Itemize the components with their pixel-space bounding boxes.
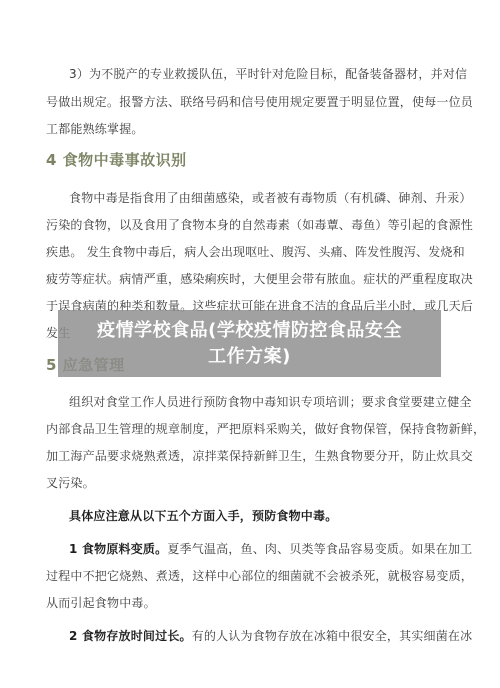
list-item-2: 2 食物存放时间过长。有的人认为食物存放在冰箱中很安全，其实细菌在冰	[69, 628, 479, 644]
paragraph-line: 号做出规定。报警方法、联络号码和信号使用规定要置于明显位置，使每一位员	[46, 94, 456, 110]
paragraph-line: 过程中不把它烧熟、煮透，这样中心部位的细菌就不会被杀死，就极容易变质，	[46, 568, 456, 584]
paragraph-line: 疾患。 发生食物中毒后，病人会出现呕吐、腹泻、头痛、阵发性腹泻、发烧和	[46, 244, 456, 260]
paragraph-line: 从而引起食物中毒。	[46, 595, 456, 611]
emphasis-line: 具体应注意从以下五个方面入手，预防食物中毒。	[69, 508, 479, 524]
title-overlay-banner: 疫情学校食品(学校疫情防控食品安全 工作方案)	[58, 310, 441, 377]
section-heading: 4 食物中毒事故识别	[46, 150, 187, 170]
overlay-title-line-1: 疫情学校食品(学校疫情防控食品安全	[97, 318, 402, 344]
paragraph-line: 组织对食堂工作人员进行预防食物中毒知识专项培训；要求食堂要建立健全	[69, 394, 479, 410]
paragraph-line: 污染的食物，以及食用了食物本身的自然毒素（如毒蕈、毒鱼）等引起的食源性	[46, 217, 456, 233]
paragraph-line: 叉污染。	[46, 475, 456, 491]
list-item-text: 夏季气温高，鱼、肉、贝类等食品容易变质。如果在加工	[167, 542, 472, 556]
paragraph-line: 加工海产品要求烧熟煮透，凉拌菜保持新鲜卫生，生熟食物要分开，防止炊具交	[46, 448, 456, 464]
paragraph-line: 3）为不脱产的专业救援队伍，平时针对危险目标，配备装备器材，并对信	[69, 66, 479, 82]
paragraph-line: 工都能熟练掌握。	[46, 121, 456, 137]
list-item-text: 有的人认为食物存放在冰箱中很安全，其实细菌在冰	[192, 629, 473, 643]
list-item-title: 2 食物存放时间过长。	[69, 629, 192, 643]
paragraph-line: 疲劳等症状。病情严重，感染痢疾时，大便里会带有脓血。症状的严重程度取决	[46, 271, 456, 287]
overlay-title-line-2: 工作方案)	[208, 344, 291, 370]
list-item-title: 1 食物原料变质。	[69, 542, 167, 556]
document-page: 3）为不脱产的专业救援队伍，平时针对危险目标，配备装备器材，并对信 号做出规定。…	[0, 0, 500, 688]
paragraph-line: 食物中毒是指食用了由细菌感染，或者被有毒物质（有机磷、砷剂、升汞）	[69, 190, 479, 206]
paragraph-line: 内部食品卫生管理的规章制度，严把原料采购关，做好食物保管，保持食物新鲜，	[46, 421, 456, 437]
list-item-1: 1 食物原料变质。夏季气温高，鱼、肉、贝类等食品容易变质。如果在加工	[69, 541, 479, 557]
